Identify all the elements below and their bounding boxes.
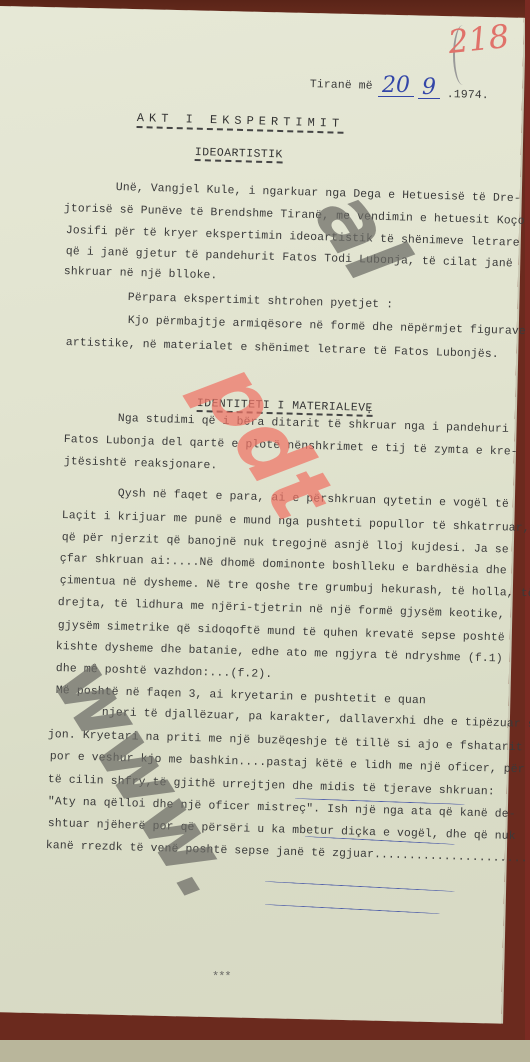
section-heading-colon: :: [366, 405, 373, 417]
end-mark: ***: [212, 970, 231, 984]
page-edge: [525, 0, 530, 1040]
page-number: 218: [446, 17, 511, 61]
date-month: 9: [418, 78, 440, 99]
date-year: .1974.: [447, 89, 489, 102]
document-subtitle: IDEOARTISTIK: [195, 147, 283, 163]
date-day: 20: [378, 76, 414, 97]
bottom-margin: [0, 1040, 530, 1062]
place-label: Tiranë më: [310, 79, 373, 93]
